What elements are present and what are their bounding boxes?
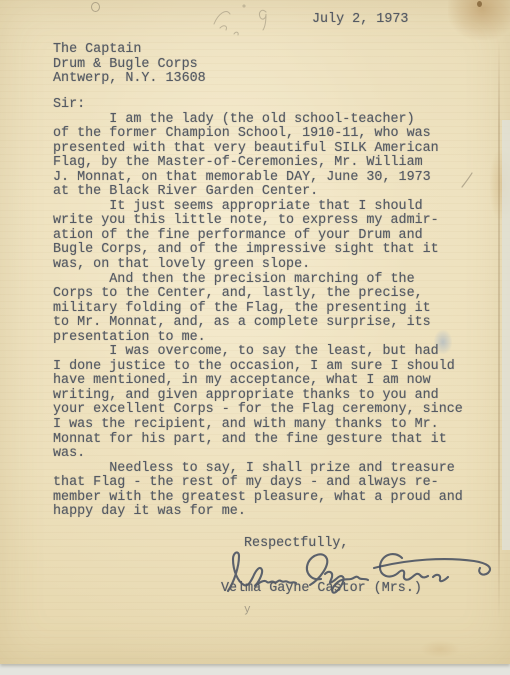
paper-right-edge — [502, 120, 510, 550]
letter-paper: July 2, 1973 The Captain Drum & Bugle Co… — [0, 0, 510, 664]
letter-date: July 2, 1973 — [312, 13, 408, 28]
paragraph-5: Needless to say, I shall prize and treas… — [53, 461, 463, 520]
letter-body: Sir: I am the lady (the old school-teach… — [53, 98, 483, 520]
coffee-stain-top-right — [448, 0, 510, 40]
recipient-line-2: Drum & Bugle Corps — [53, 57, 198, 72]
paragraph-1: I am the lady (the old school-teacher) o… — [53, 112, 439, 200]
recipient-line-3: Antwerp, N.Y. 13608 — [53, 71, 206, 86]
paragraph-3: And then the precision marching of the C… — [53, 272, 431, 345]
paragraph-4: I was overcome, to say the least, but ha… — [53, 344, 463, 461]
recipient-address: The Captain Drum & Bugle Corps Antwerp, … — [53, 43, 206, 87]
scanned-letter-page: July 2, 1973 The Captain Drum & Bugle Co… — [0, 0, 510, 675]
ink-speck — [477, 1, 482, 7]
stain-right-edge — [490, 150, 510, 220]
recipient-line-1: The Captain — [53, 42, 141, 57]
faint-pencil-scribbles — [200, 0, 280, 40]
stray-typed-mark: y — [244, 603, 251, 618]
paragraph-2: It just seems appropriate that I should … — [53, 199, 439, 272]
stain-bottom-right — [420, 640, 460, 658]
typed-signature-name: Velma Gayne Castor (Mrs.) — [221, 582, 422, 597]
paper-crease — [498, 40, 500, 620]
salutation: Sir: — [53, 97, 85, 112]
pencil-ring-mark — [91, 2, 100, 12]
